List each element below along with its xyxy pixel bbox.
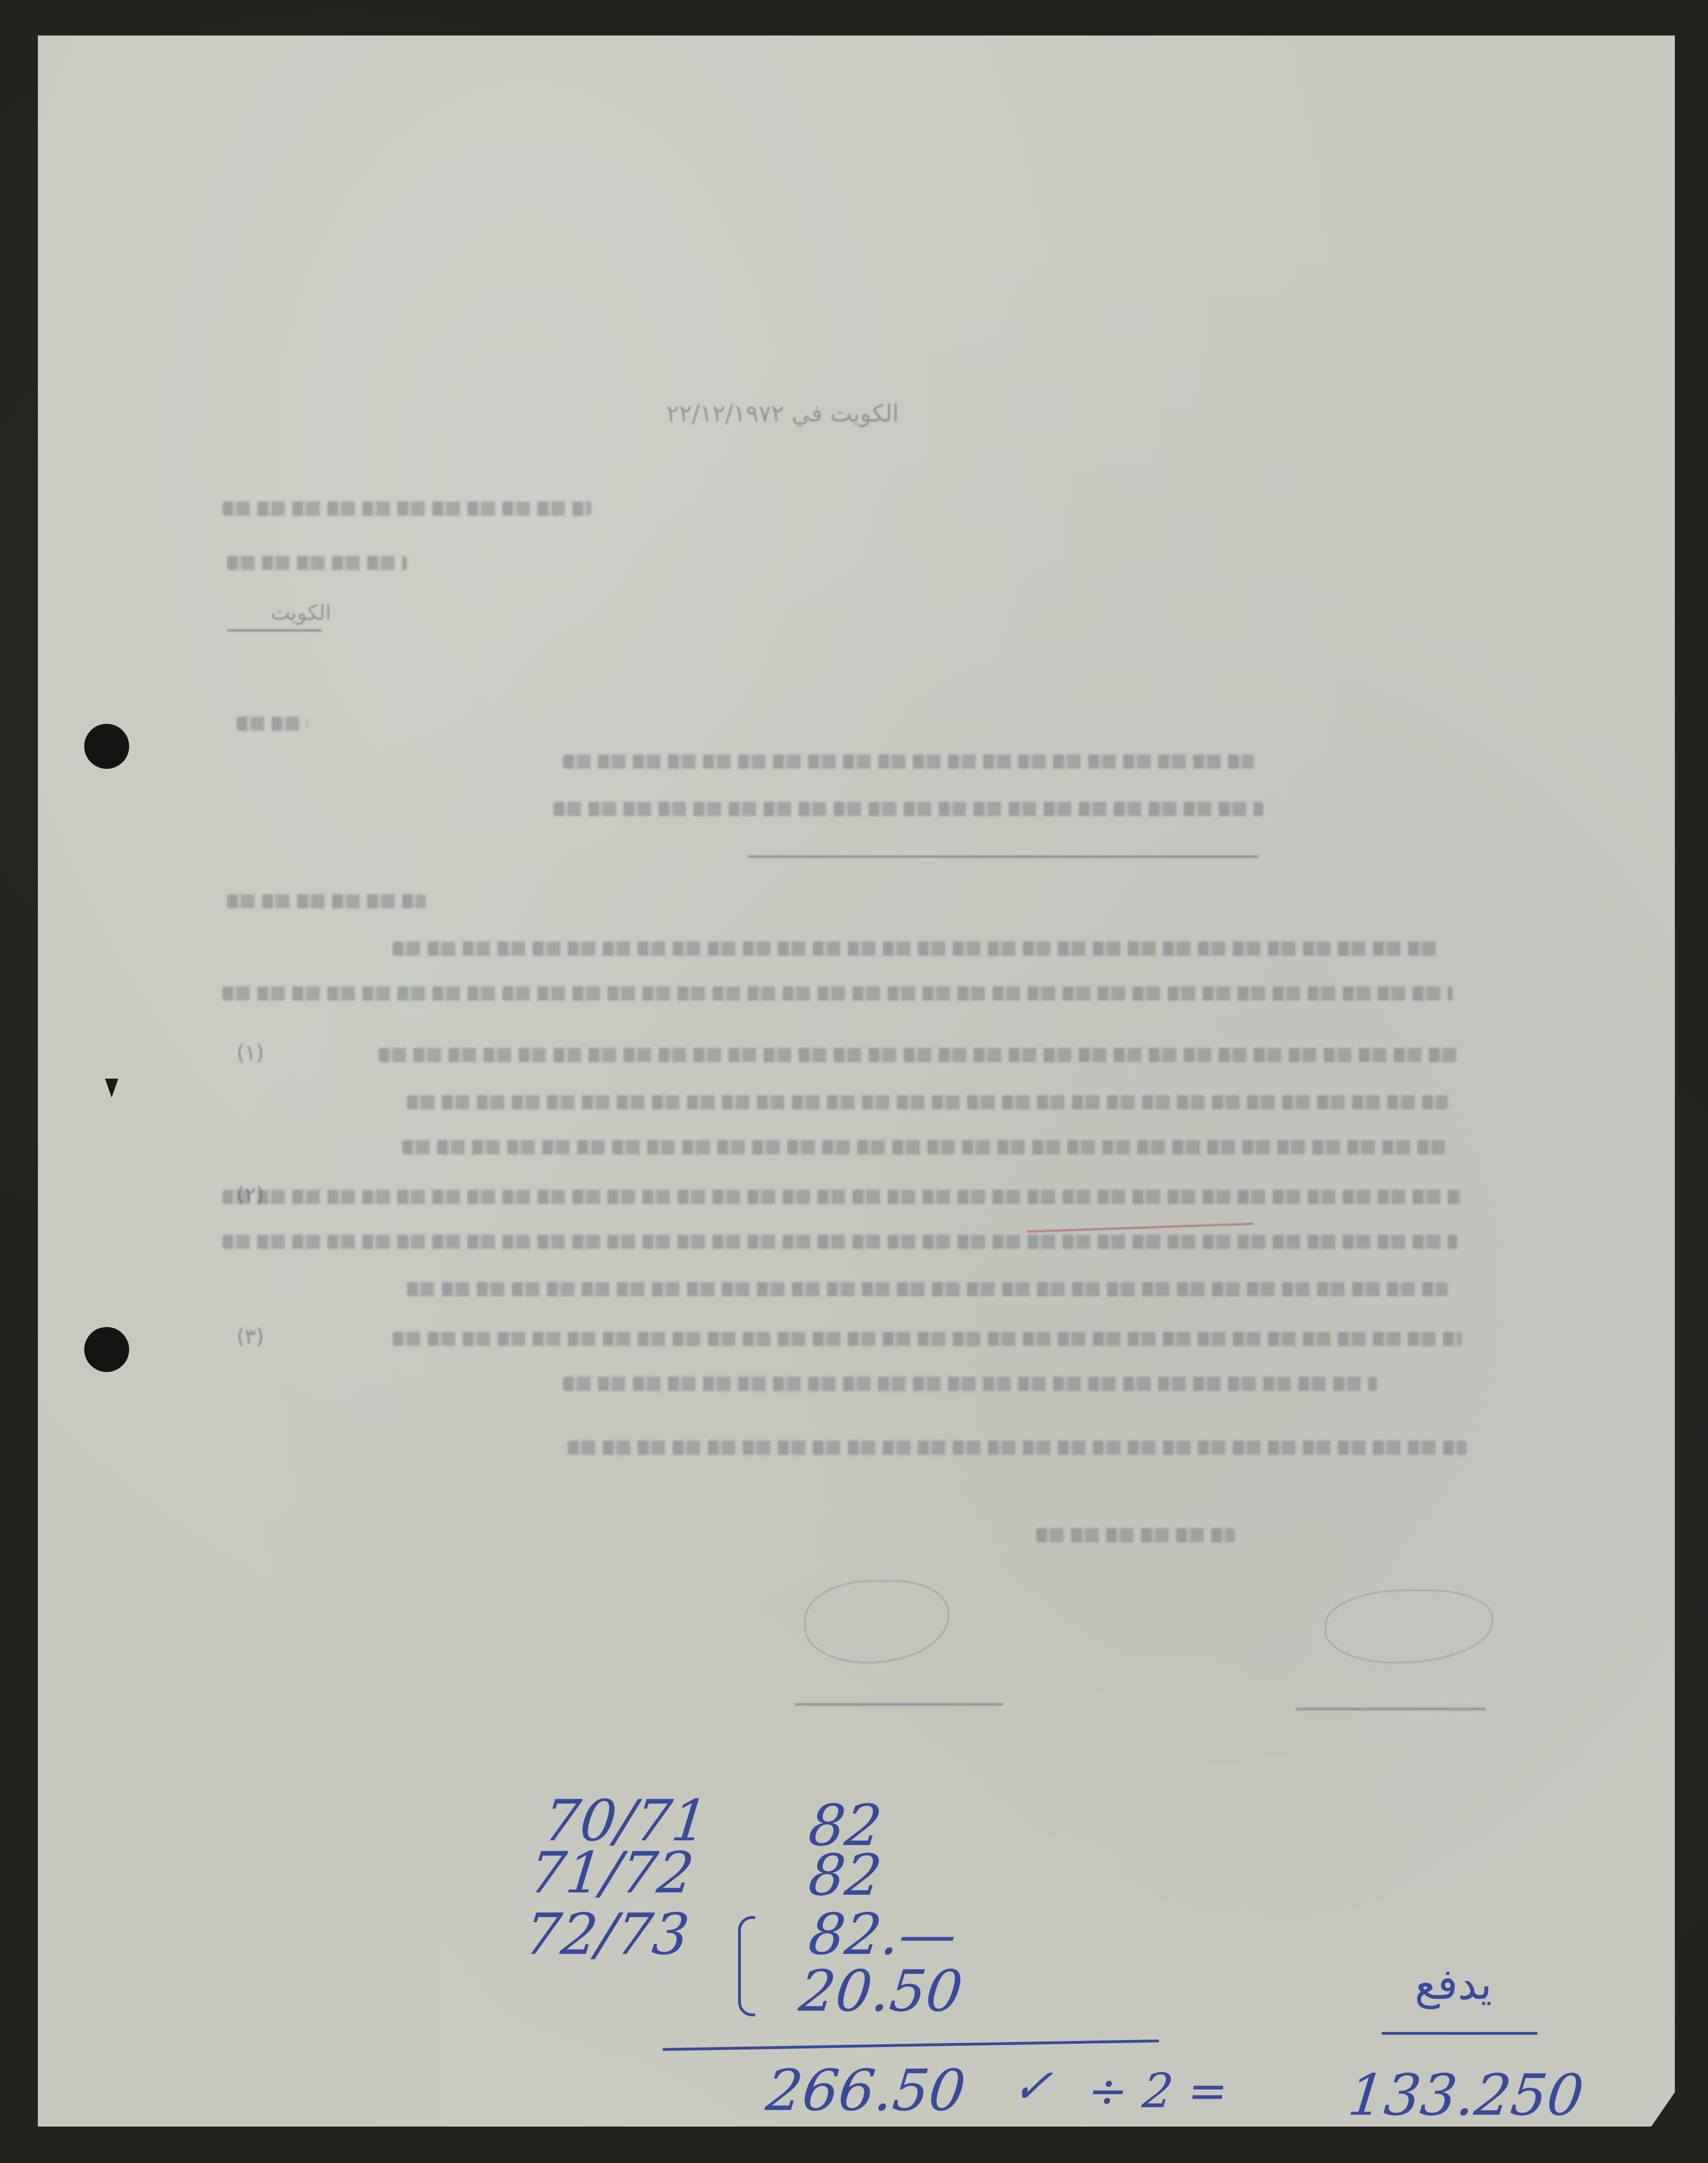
folded-corner <box>1651 2089 1677 2127</box>
addressee-line-2 <box>227 556 407 570</box>
hand-bracket <box>738 1916 755 2016</box>
hand-amount-2: 82 <box>806 1847 884 1904</box>
margin-marker-1: (١) <box>237 1041 264 1065</box>
hand-operation: ÷ 2 = <box>1086 2067 1230 2115</box>
hand-period-2: 71/72 <box>527 1845 696 1902</box>
body-line <box>222 986 1453 1001</box>
closing-line <box>568 1441 1467 1455</box>
header-date-line: الكويت في ٢٢/١٢/١٩٧٢ <box>497 400 899 427</box>
body-line <box>407 1095 1448 1109</box>
hand-label-pay: يدفع <box>1415 1963 1492 2006</box>
hand-amount-3: 82.— <box>806 1907 959 1963</box>
body-line <box>402 1140 1453 1154</box>
subject-underline <box>748 855 1259 858</box>
body-line <box>379 1048 1462 1062</box>
salutation-line <box>237 717 308 731</box>
hand-result: 133.250 <box>1346 2067 1586 2124</box>
subject-line-1 <box>563 755 1254 769</box>
signature-left-line <box>795 1703 1003 1706</box>
signature-right-line <box>1296 1708 1486 1710</box>
body-line <box>222 1190 1462 1204</box>
hand-check-mark: ✓ <box>1010 2063 1055 2110</box>
addressee-underline <box>227 629 322 632</box>
regards-line <box>1036 1528 1235 1542</box>
hand-label-underline <box>1382 2032 1538 2035</box>
subject-line-2 <box>554 802 1263 816</box>
punch-hole-top <box>84 724 129 769</box>
body-line <box>407 1282 1448 1296</box>
body-line <box>393 1332 1462 1346</box>
hand-total: 266.50 <box>764 2063 968 2119</box>
punch-hole-bottom <box>84 1327 129 1372</box>
addressee-line-3: الكويت <box>222 601 331 625</box>
binder-notch-mark <box>105 1079 118 1098</box>
opening-line <box>227 894 426 908</box>
body-line <box>563 1377 1377 1391</box>
margin-marker-3: (٣) <box>237 1325 264 1349</box>
addressee-line-1 <box>222 501 591 516</box>
body-line <box>222 1235 1457 1249</box>
hand-amount-4: 20.50 <box>797 1963 965 2020</box>
hand-period-3: 72/73 <box>522 1907 692 1963</box>
body-line <box>393 941 1443 956</box>
